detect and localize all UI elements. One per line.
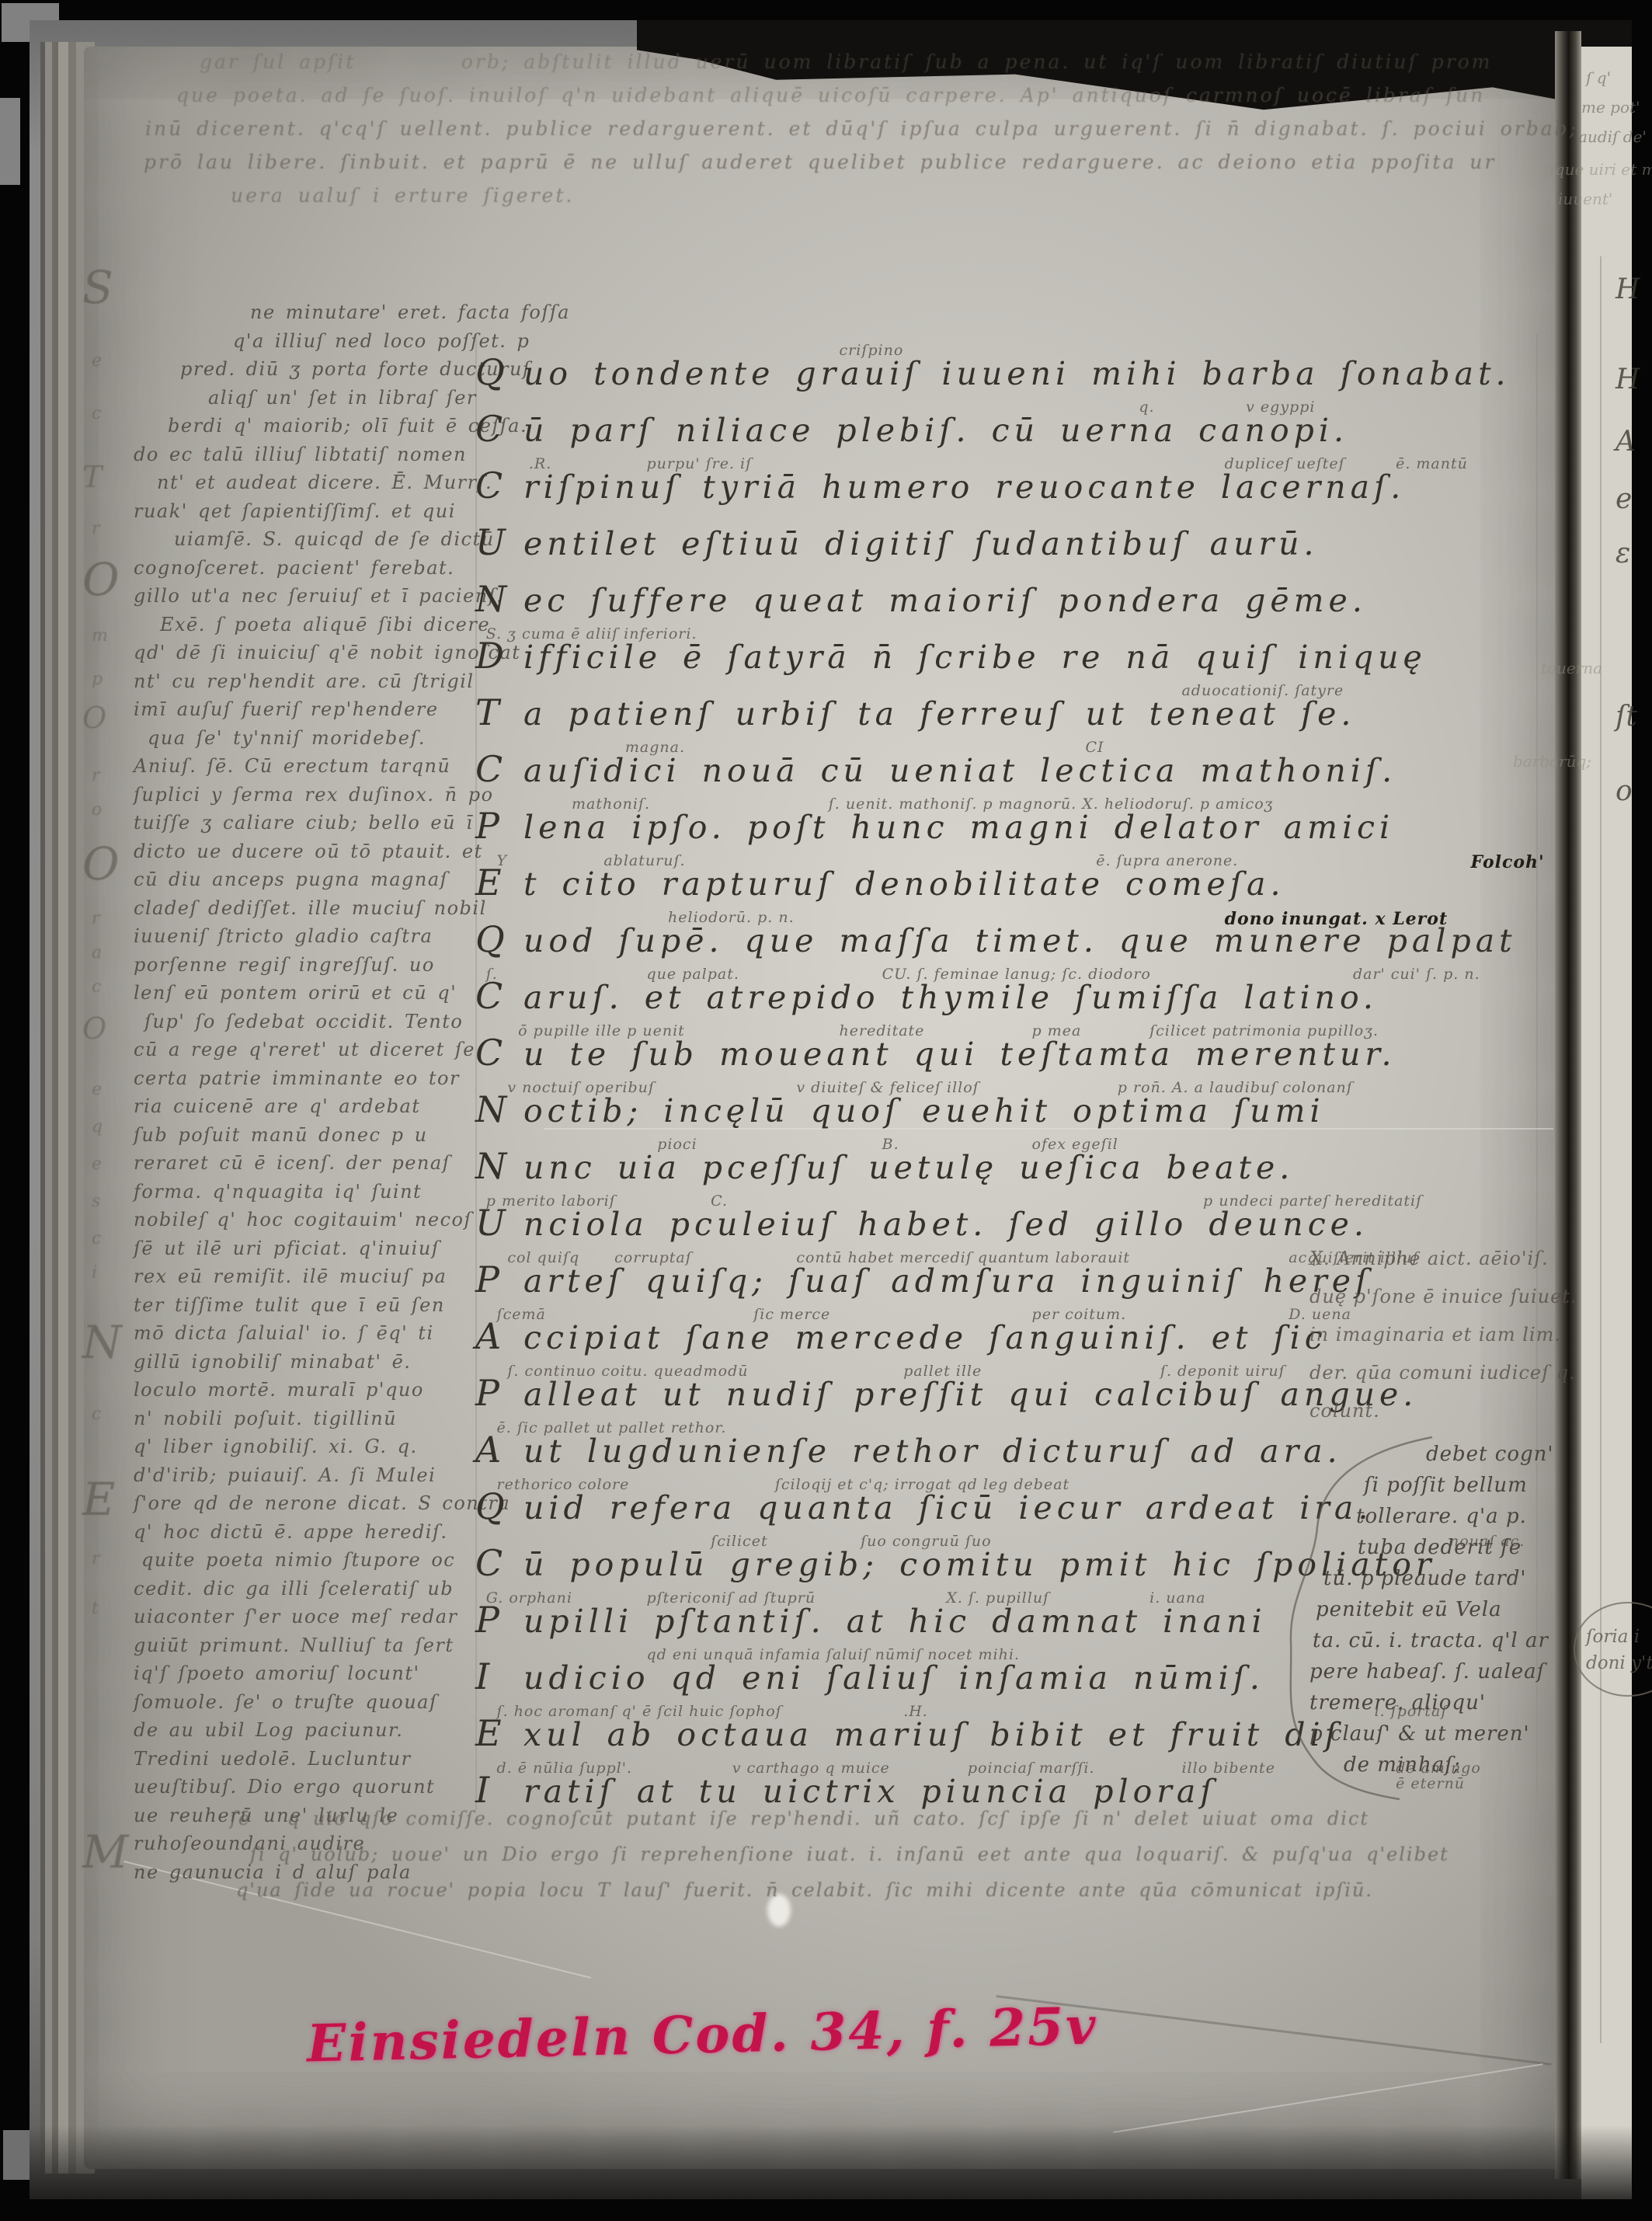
facing-page-fragment: ſ q'	[1586, 68, 1611, 87]
interlinear-gloss: G. orphani	[486, 1589, 572, 1607]
verse-text: arteſ quiſq; ſuaſ admſura inguiniſ hereſ	[523, 1262, 1372, 1300]
interlinear-gloss: ē. mantū	[1396, 455, 1468, 472]
interlinear-gloss: ſcemā	[497, 1306, 546, 1323]
interlinear-gloss: ſ. hoc aromanſ q' ē ſcil huic ſophoſ	[497, 1703, 782, 1720]
interlinear-gloss: heliodorū. p. n.	[668, 909, 795, 926]
verse-text: upilli pſtantiſ. at hic damnat inani	[523, 1603, 1267, 1640]
margin-letter: r	[92, 1549, 100, 1568]
interlinear-gloss: Folcoh'	[1471, 852, 1545, 872]
interlinear-gloss: B.	[882, 1136, 899, 1153]
interlinear-gloss: pallet ille	[903, 1363, 982, 1380]
margin-letter: r	[92, 766, 100, 785]
left-commentary-line: ne minutare' eret. facta foſſa	[134, 298, 584, 327]
interlinear-gloss: Y	[497, 852, 508, 869]
interlinear-gloss: ē. ſupra anerone.	[1096, 852, 1238, 869]
margin-letter: q	[92, 1117, 103, 1137]
verse-initial: C	[475, 408, 523, 450]
margin-letter: c	[92, 1405, 101, 1424]
interlinear-gloss: aduocationiſ. ſatyre	[1181, 682, 1344, 699]
interlinear-gloss: X. ſ. pupilluſ	[946, 1589, 1049, 1607]
facing-page-fragment: audiſ de'	[1578, 127, 1647, 146]
circled-note-line: ſoria i	[1586, 1624, 1652, 1650]
verse-text: riſpinuſ tyriā humero reuocante lacernaſ…	[523, 468, 1405, 506]
show-through-word: barbarūq;	[1513, 752, 1591, 771]
margin-note-line: duę p'ſone ē inuice ſuiuet.	[1309, 1278, 1628, 1316]
interlinear-gloss: purpu' ſre. iſ	[646, 455, 752, 472]
margin-note-line: der. qūa comuni iudiceſ q.	[1309, 1354, 1628, 1392]
top-commentary-line: inū dicerent. q'cq'ſ uellent. publice re…	[144, 112, 1604, 145]
verse-initial: N	[475, 578, 523, 620]
top-commentary-line: uera ualuſ i erture ſigeret.	[144, 179, 1604, 212]
interlinear-gloss: v egyppi	[1246, 399, 1315, 416]
interlinear-gloss: p ron̄. A. a laudibuſ colonanſ	[1118, 1079, 1353, 1096]
interlinear-gloss: col quiſq	[507, 1249, 579, 1266]
verse-initial: P	[475, 805, 523, 847]
margin-note-line: tū. p'pleaude tard'	[1309, 1563, 1636, 1594]
facing-page-letter: A	[1615, 426, 1636, 458]
verse-initial: U	[475, 521, 523, 563]
interlinear-gloss: magna.	[625, 739, 685, 756]
interlinear-gloss: q.	[1139, 399, 1154, 416]
show-through-word: ſique uiri et mi	[1544, 160, 1652, 179]
verse-initial: Q	[475, 351, 523, 393]
interlinear-gloss: v carthago q muice	[732, 1760, 890, 1777]
verse-initial: C	[475, 1542, 523, 1584]
verse-initial: C	[475, 465, 523, 507]
show-through-word: tauerna	[1541, 659, 1602, 677]
margin-note-line: in imaginaria et iam lim.	[1309, 1316, 1628, 1354]
verse-text: aruſ. et atrepido thymile ſumiſſa latino…	[523, 979, 1378, 1016]
margin-letter: c	[92, 977, 101, 997]
verse-line: Uentilet eſtiuū digitiſ ſudantibuſ aurū.	[475, 521, 1546, 578]
margin-letter: O	[82, 701, 106, 735]
interlinear-gloss: ſ.	[486, 966, 498, 983]
facing-page-letter: o	[1615, 775, 1633, 807]
margin-letter: T	[82, 460, 102, 494]
interlinear-gloss: v noctuiſ operibuſ	[507, 1079, 655, 1096]
margin-letter: t	[92, 1599, 99, 1618]
margin-letter: S	[82, 261, 113, 314]
facing-page-letter: e	[1615, 483, 1632, 515]
interlinear-gloss: ſciloqij et c'q; irrogat qd leg debeat	[775, 1476, 1069, 1493]
verse-text: auſidici nouā cū ueniat lectica mathoniſ…	[523, 752, 1396, 789]
verse-initial: Q	[475, 918, 523, 960]
verse-text: uid refera quanta ſicū iecur ardeat ira.	[523, 1489, 1372, 1527]
interlinear-gloss: i. uana	[1149, 1589, 1205, 1607]
right-margin-note-lower: debet cogn'ſi poſſit bellumtollerare. q'…	[1309, 1439, 1636, 1781]
interlinear-gloss: mathoniſ.	[572, 795, 650, 813]
verse-text: ccipiat ſane mercede ſanguiniſ. et ſic	[523, 1319, 1327, 1356]
verse-line: Difficile ē ſatyrā n̄ ſcribe re nā quiſ …	[475, 635, 1546, 691]
interlinear-gloss: p merito laboriſ	[486, 1192, 616, 1210]
margin-letter: i	[92, 1263, 97, 1283]
verse-text: udicio qd eni ſaliuſ inſamia nūmiſ.	[523, 1659, 1264, 1697]
margin-letter: M	[82, 1826, 128, 1878]
interlinear-gloss: v diuiteſ & feliceſ illoſ	[796, 1079, 979, 1096]
verse-text: ut lugdunienſe rethor dicturuſ ad ara.	[523, 1433, 1342, 1470]
margin-note-line: tuba dederit ſe	[1309, 1532, 1636, 1563]
verse-text: entilet eſtiuū digitiſ ſudantibuſ aurū.	[523, 525, 1319, 562]
interlinear-gloss: pſtericoniſ ad ſtuprū	[646, 1589, 816, 1607]
interlinear-gloss: ſuo congruū ſuo	[861, 1533, 992, 1550]
verse-text: octib; incęlū quoſ euehit optima ſumi	[523, 1092, 1325, 1130]
interlinear-gloss: ablaturuſ.	[603, 852, 685, 869]
interlinear-gloss: illo bibente	[1181, 1760, 1275, 1777]
interlinear-gloss: corruptaſ	[614, 1249, 692, 1266]
margin-note-line: X. Anniphe aict. aēio'iſ.	[1309, 1240, 1628, 1278]
verse-text: ifficile ē ſatyrā n̄ ſcribe re nā quiſ i…	[523, 639, 1427, 676]
top-commentary-line: gar ſul apſit orb; abſtulit illud uerū u…	[144, 45, 1604, 78]
interlinear-gloss: dupliceſ ueſteſ	[1225, 455, 1345, 472]
verse-initial: I	[475, 1655, 523, 1697]
interlinear-gloss: d. ē nūlia ſuppl'.	[497, 1760, 632, 1777]
verse-text: u te ſub moueant qui teſtamta merentur.	[523, 1036, 1396, 1073]
verse-text: alleat ut nudiſ preſſit qui calcibuſ ang…	[523, 1376, 1417, 1413]
margin-letter: O	[82, 1011, 106, 1046]
interlinear-gloss: C.	[711, 1192, 728, 1210]
interlinear-gloss: rethorico colore	[497, 1476, 630, 1493]
margin-letter: O	[82, 553, 120, 606]
top-commentary-line: prō lau libere. ſinbuit. et paprū ē ne u…	[144, 145, 1604, 179]
margin-letter: E	[82, 1473, 115, 1526]
interlinear-gloss: ſ. deponit uiruſ	[1160, 1363, 1285, 1380]
facing-page-letter: H	[1615, 273, 1640, 305]
verse-text: t cito rapturuſ denobilitate comeſa.	[523, 865, 1285, 903]
manuscript-photograph: gar ſul apſit orb; abſtulit illud uerū u…	[0, 0, 1652, 2221]
margin-note-line: ſi poſſit bellum	[1309, 1470, 1636, 1501]
margin-letter: N	[82, 1316, 122, 1369]
interlinear-gloss: S. ʒ cuma ē aliiſ inferiori.	[486, 625, 697, 642]
interlinear-gloss: ſcilicet patrimonia pupilloʒ.	[1149, 1022, 1379, 1039]
verse-text: xul ab octaua mariuſ bibit et fruit diſ	[523, 1716, 1341, 1753]
margin-letter: e	[92, 1080, 102, 1099]
margin-letter: e	[92, 351, 102, 371]
interlinear-gloss: que palpat.	[646, 966, 739, 983]
interlinear-gloss: CI	[1085, 739, 1104, 756]
interlinear-gloss: CU. ſ. feminae lanug; ſc. diodoro	[882, 966, 1151, 983]
bottom-fold-shadow	[30, 2125, 1632, 2199]
interlinear-gloss: pioci	[657, 1136, 697, 1153]
interlinear-gloss: .R.	[529, 455, 551, 472]
margin-note-line: debet cogn'	[1309, 1439, 1636, 1470]
interlinear-gloss: ſcilicet	[711, 1533, 767, 1550]
margin-letter: c	[92, 404, 101, 423]
show-through-word: iuuent'	[1558, 190, 1612, 208]
interlinear-gloss: dar' cui' ſ. p. n.	[1353, 966, 1480, 983]
interlinear-gloss: ō pupille ille p uenit	[518, 1022, 685, 1039]
verse-line: Quo tondente grauiſ iuueni mihi barba ſo…	[475, 351, 1546, 408]
interlinear-gloss: .H.	[903, 1703, 928, 1720]
bottom-commentary-line: q'ua ſide ua rocue' popia locu T lauſ' f…	[230, 1872, 1569, 1908]
facing-page-letter: H	[1615, 364, 1640, 395]
left-margin-letters: SecTrOmpOroOracOeqesciNcErtM	[68, 0, 123, 2221]
facing-page-letter: ſt	[1615, 701, 1637, 733]
margin-letter: p	[92, 670, 103, 689]
verse-initial: C	[475, 748, 523, 790]
interlinear-gloss: ofex egeſil	[1032, 1136, 1118, 1153]
verse-line: Noctib; incęlū quoſ euehit optima ſumiv …	[475, 1088, 1546, 1145]
interlinear-gloss: dono inungat. x Lerot	[1225, 909, 1449, 929]
margin-letter: m	[92, 626, 108, 646]
interlinear-gloss: per coitum.	[1032, 1306, 1127, 1323]
margin-letter: e	[92, 1154, 102, 1174]
verse-line: Criſpinuſ tyriā humero reuocante lacerna…	[475, 465, 1546, 521]
interlinear-gloss: qd eni unquā infamia ſaluiſ nūmiſ nocet …	[646, 1646, 1019, 1663]
interlinear-gloss: p mea	[1032, 1022, 1082, 1039]
interlinear-gloss: contū habet mercediſ quantum laborauit	[796, 1249, 1130, 1266]
margin-letter: r	[92, 909, 100, 928]
verse-text: uo tondente grauiſ iuueni mihi barba ſon…	[523, 355, 1511, 392]
bottom-commentary-block: ſē q uio qſo comiſſe. cognoſcūt putant i…	[230, 1801, 1569, 1908]
top-commentary-line: que poeta. ad ſe ſuoſ. inuiloſ q'n uideb…	[144, 78, 1604, 112]
margin-letter: o	[92, 800, 102, 820]
verse-text: ec ſuffere queat maioriſ pondera gēme.	[523, 582, 1367, 619]
verse-text: a patienſ urbiſ ta ferreuſ ut teneat ſe.	[523, 695, 1355, 733]
interlinear-gloss: criſpino	[840, 342, 904, 359]
verse-text: lena ipſo. poſt hunc magni delator amici	[523, 809, 1394, 846]
interlinear-gloss: poinciaſ marſſi.	[968, 1760, 1095, 1777]
margin-note-line: colunt.	[1309, 1392, 1628, 1430]
top-commentary-block: gar ſul apſit orb; abſtulit illud uerū u…	[144, 45, 1604, 212]
margin-letter: a	[92, 943, 102, 963]
bottom-commentary-line: ſē q uio qſo comiſſe. cognoſcūt putant i…	[230, 1801, 1569, 1836]
interlinear-gloss: ſ. uenit. mathoniſ. p magnorū. X. heliod…	[829, 795, 1274, 813]
verse-text: ū parſ niliace plebiſ. cū uerna canopi.	[523, 412, 1348, 449]
frame-smudge	[0, 98, 20, 185]
interlinear-gloss: ſ. continuo coitu. queadmodū	[507, 1363, 748, 1380]
verse-initial: T	[475, 691, 523, 733]
verse-text: unc uia pceſſuſ uetulę ueſica beate.	[523, 1149, 1294, 1186]
interlinear-gloss: ē. ſic pallet ut pallet rethor.	[497, 1419, 727, 1436]
interlinear-gloss: ſic merce	[753, 1306, 830, 1323]
facing-page-fragment: me pot'	[1581, 98, 1640, 117]
margin-note-line: de minhaſ;	[1309, 1749, 1636, 1781]
margin-letter: s	[92, 1192, 100, 1211]
circled-note-line: doni y'to	[1586, 1650, 1652, 1676]
margin-note-line: tremere. alioqu'	[1309, 1687, 1636, 1718]
margin-letter: r	[92, 519, 100, 538]
interlinear-gloss: p undeci parteſ hereditatiſ	[1203, 1192, 1422, 1210]
interlinear-gloss: hereditate	[840, 1022, 925, 1039]
margin-letter: O	[82, 837, 120, 890]
bottom-commentary-line: ſi q' uolub; uoue' un Dio ergo ſi repreh…	[230, 1836, 1569, 1872]
verse-initial: C	[475, 975, 523, 1017]
verse-text: nciola pculeiuſ habet. ſed gillo deunce.	[523, 1206, 1369, 1243]
margin-letter: c	[92, 1229, 101, 1248]
verse-line: Cū parſ niliace plebiſ. cū uerna canopi.…	[475, 408, 1546, 465]
margin-note-line: p clauſ' & ut meren'	[1309, 1718, 1636, 1749]
right-margin-note-upper: X. Anniphe aict. aēio'iſ.duę p'ſone ē in…	[1309, 1240, 1628, 1430]
margin-note-line: tollerare. q'a p.	[1309, 1501, 1636, 1532]
verse-initial: N	[475, 1145, 523, 1187]
facing-page-letter: ɛ	[1615, 538, 1630, 569]
verse-initial: C	[475, 1032, 523, 1074]
